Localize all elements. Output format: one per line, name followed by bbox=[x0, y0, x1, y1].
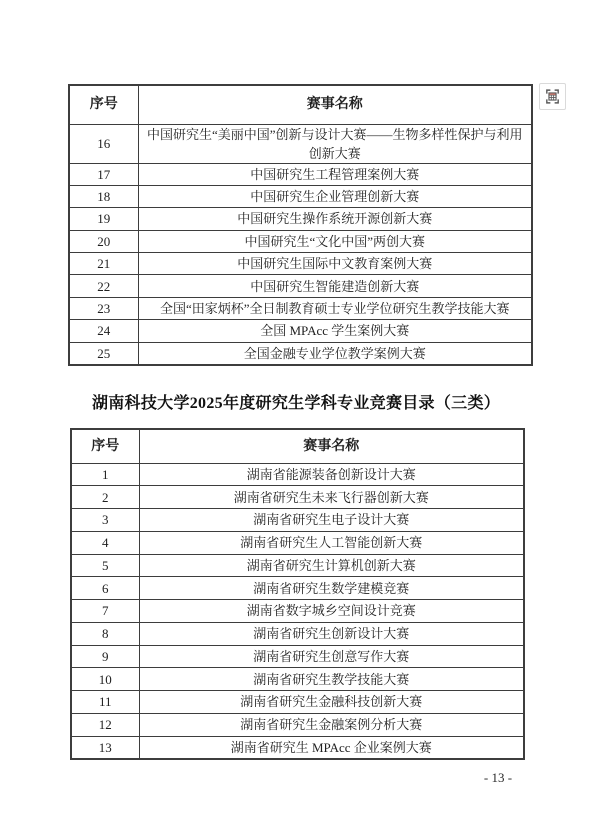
table-row: 4 湖南省研究生人工智能创新大赛 bbox=[71, 531, 524, 554]
competition-table-national: 序号 赛事名称 16 中国研究生“美丽中国”创新与设计大赛——生物多样性保护与利… bbox=[68, 84, 533, 366]
row-number-cell: 12 bbox=[71, 713, 139, 736]
page-number: - 13 - bbox=[438, 770, 558, 786]
row-number-cell: 2 bbox=[71, 486, 139, 509]
table-row: 1 湖南省能源装备创新设计大赛 bbox=[71, 463, 524, 486]
row-number-cell: 5 bbox=[71, 554, 139, 577]
table-row: 23 全国“田家炳杯”全日制教育硕士专业学位研究生教学技能大赛 bbox=[69, 297, 532, 319]
column-header-name: 赛事名称 bbox=[138, 85, 532, 124]
competition-name-cell: 湖南省研究生计算机创新大赛 bbox=[139, 554, 524, 577]
table-row: 25 全国金融专业学位教学案例大赛 bbox=[69, 342, 532, 364]
column-header-no: 序号 bbox=[71, 429, 139, 463]
competition-table-provincial: 序号 赛事名称 1 湖南省能源装备创新设计大赛 2 湖南省研究生未来飞行器创新大… bbox=[70, 428, 525, 760]
competition-name-cell: 中国研究生“美丽中国”创新与设计大赛——生物多样性保护与利用创新大赛 bbox=[138, 124, 532, 163]
row-number-cell: 4 bbox=[71, 531, 139, 554]
competition-name-cell: 湖南省研究生数学建模竞赛 bbox=[139, 577, 524, 600]
row-number-cell: 10 bbox=[71, 668, 139, 691]
section-title: 湖南科技大学2025年度研究生学科专业竞赛目录（三类） bbox=[0, 390, 592, 413]
competition-name-cell: 湖南省研究生金融案例分析大赛 bbox=[139, 713, 524, 736]
competition-name-cell: 湖南省研究生创新设计大赛 bbox=[139, 622, 524, 645]
competition-name-cell: 中国研究生企业管理创新大赛 bbox=[138, 185, 532, 207]
table-header-row: 序号 赛事名称 bbox=[69, 85, 532, 124]
row-number-cell: 19 bbox=[69, 208, 138, 230]
row-number-cell: 16 bbox=[69, 124, 138, 163]
row-number-cell: 7 bbox=[71, 600, 139, 623]
table-row: 18 中国研究生企业管理创新大赛 bbox=[69, 185, 532, 207]
row-number-cell: 18 bbox=[69, 185, 138, 207]
row-number-cell: 1 bbox=[71, 463, 139, 486]
document-page: { "page": { "number_label": "- 13 -" }, … bbox=[0, 0, 592, 839]
row-number-cell: 24 bbox=[69, 320, 138, 342]
competition-name-cell: 中国研究生工程管理案例大赛 bbox=[138, 163, 532, 185]
competition-name-cell: 湖南省研究生创意写作大赛 bbox=[139, 645, 524, 668]
table-row: 7 湖南省数字城乡空间设计竞赛 bbox=[71, 600, 524, 623]
table-row: 19 中国研究生操作系统开源创新大赛 bbox=[69, 208, 532, 230]
column-header-no: 序号 bbox=[69, 85, 138, 124]
competition-name-cell: 中国研究生国际中文教育案例大赛 bbox=[138, 253, 532, 275]
competition-name-cell: 中国研究生智能建造创新大赛 bbox=[138, 275, 532, 297]
table-header-row: 序号 赛事名称 bbox=[71, 429, 524, 463]
competition-name-cell: 全国“田家炳杯”全日制教育硕士专业学位研究生教学技能大赛 bbox=[138, 297, 532, 319]
competition-name-cell: 全国金融专业学位教学案例大赛 bbox=[138, 342, 532, 364]
competition-name-cell: 湖南省研究生未来飞行器创新大赛 bbox=[139, 486, 524, 509]
row-number-cell: 22 bbox=[69, 275, 138, 297]
competition-name-cell: 湖南省研究生 MPAcc 企业案例大赛 bbox=[139, 736, 524, 759]
row-number-cell: 3 bbox=[71, 509, 139, 532]
row-number-cell: 17 bbox=[69, 163, 138, 185]
competition-name-cell: 中国研究生操作系统开源创新大赛 bbox=[138, 208, 532, 230]
row-number-cell: 6 bbox=[71, 577, 139, 600]
table-row: 9 湖南省研究生创意写作大赛 bbox=[71, 645, 524, 668]
table-capture-button[interactable] bbox=[539, 83, 566, 110]
competition-name-cell: 湖南省研究生人工智能创新大赛 bbox=[139, 531, 524, 554]
table-row: 20 中国研究生“文化中国”两创大赛 bbox=[69, 230, 532, 252]
table-row: 2 湖南省研究生未来飞行器创新大赛 bbox=[71, 486, 524, 509]
competition-name-cell: 全国 MPAcc 学生案例大赛 bbox=[138, 320, 532, 342]
competition-name-cell: 湖南省研究生金融科技创新大赛 bbox=[139, 691, 524, 714]
row-number-cell: 25 bbox=[69, 342, 138, 364]
competition-name-cell: 湖南省研究生电子设计大赛 bbox=[139, 509, 524, 532]
table-row: 6 湖南省研究生数学建模竞赛 bbox=[71, 577, 524, 600]
competition-name-cell: 中国研究生“文化中国”两创大赛 bbox=[138, 230, 532, 252]
table-row: 11 湖南省研究生金融科技创新大赛 bbox=[71, 691, 524, 714]
row-number-cell: 20 bbox=[69, 230, 138, 252]
table-row: 22 中国研究生智能建造创新大赛 bbox=[69, 275, 532, 297]
row-number-cell: 23 bbox=[69, 297, 138, 319]
table-row: 13 湖南省研究生 MPAcc 企业案例大赛 bbox=[71, 736, 524, 759]
row-number-cell: 8 bbox=[71, 622, 139, 645]
row-number-cell: 9 bbox=[71, 645, 139, 668]
competition-name-cell: 湖南省研究生教学技能大赛 bbox=[139, 668, 524, 691]
table-row: 8 湖南省研究生创新设计大赛 bbox=[71, 622, 524, 645]
table-capture-icon bbox=[544, 88, 561, 105]
row-number-cell: 13 bbox=[71, 736, 139, 759]
table-row: 5 湖南省研究生计算机创新大赛 bbox=[71, 554, 524, 577]
column-header-name: 赛事名称 bbox=[139, 429, 524, 463]
table-row: 24 全国 MPAcc 学生案例大赛 bbox=[69, 320, 532, 342]
table-row: 12 湖南省研究生金融案例分析大赛 bbox=[71, 713, 524, 736]
table-row: 10 湖南省研究生教学技能大赛 bbox=[71, 668, 524, 691]
table-row: 21 中国研究生国际中文教育案例大赛 bbox=[69, 253, 532, 275]
competition-name-cell: 湖南省数字城乡空间设计竞赛 bbox=[139, 600, 524, 623]
row-number-cell: 21 bbox=[69, 253, 138, 275]
competition-name-cell: 湖南省能源装备创新设计大赛 bbox=[139, 463, 524, 486]
row-number-cell: 11 bbox=[71, 691, 139, 714]
table-row: 17 中国研究生工程管理案例大赛 bbox=[69, 163, 532, 185]
table-row: 3 湖南省研究生电子设计大赛 bbox=[71, 509, 524, 532]
table-row: 16 中国研究生“美丽中国”创新与设计大赛——生物多样性保护与利用创新大赛 bbox=[69, 124, 532, 163]
